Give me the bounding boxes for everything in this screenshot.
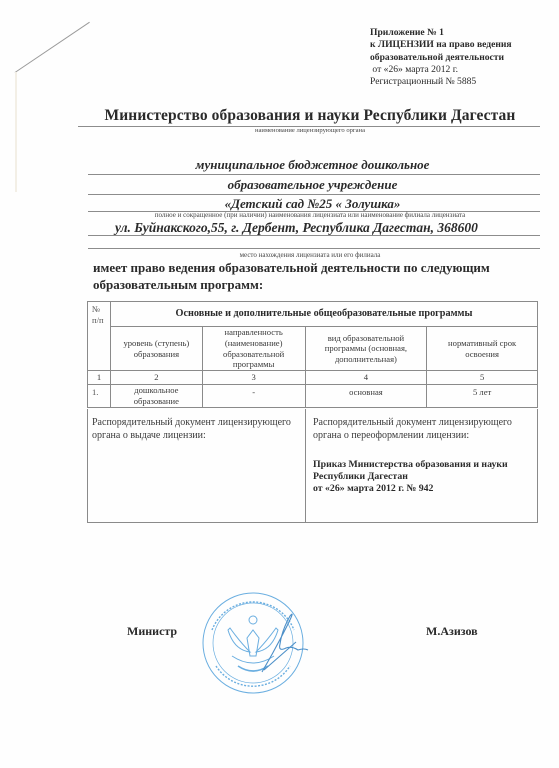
header-type: вид образовательной программы (основная,… (305, 327, 427, 371)
table-row: 1. дошкольное образование - основная 5 л… (88, 385, 538, 408)
row-level: дошкольное образование (110, 385, 202, 408)
scan-artifact-line (15, 22, 90, 73)
licensee-name-line-3: «Детский сад №25 « Золушка» (100, 196, 525, 212)
appendix-title: Приложение № 1 (370, 27, 512, 39)
issue-document-label: Распорядительный документ лицензирующего… (92, 417, 297, 442)
signatory-title: Министр (127, 624, 177, 639)
rights-line-1: имеет право ведения образовательной деят… (93, 259, 490, 276)
col-num-4: 4 (305, 371, 427, 385)
appendix-header: Приложение № 1 к ЛИЦЕНЗИИ на право веден… (370, 27, 512, 88)
reissue-document-label: Распорядительный документ лицензирующего… (313, 417, 535, 442)
rule-address-1 (88, 235, 540, 236)
licensee-address: ул. Буйнакского,55, г. Дербент, Республи… (115, 220, 478, 236)
rule-address-2 (88, 248, 540, 249)
appendix-activity: образовательной деятельности (370, 52, 512, 64)
programs-table: № п/п Основные и дополнительные общеобра… (87, 301, 538, 408)
row-direction: - (202, 385, 305, 408)
licensing-body-name: Министерство образования и науки Республ… (100, 107, 520, 125)
documents-divider (305, 409, 306, 522)
col-num-3: 3 (202, 371, 305, 385)
row-number: 1. (88, 385, 111, 408)
address-caption: место нахождения лицензиата или его фили… (100, 251, 520, 259)
order-line-1: Приказ Министерства образования и науки (313, 459, 537, 471)
rule-name-1 (88, 174, 540, 175)
header-duration: нормативный срок освоения (427, 327, 538, 371)
row-type: основная (305, 385, 427, 408)
reissue-order: Приказ Министерства образования и науки … (313, 459, 537, 495)
col-num-1: 1 (88, 371, 111, 385)
licensee-name-caption: полное и сокращенное (при наличии) наиме… (80, 211, 540, 219)
header-main: Основные и дополнительные общеобразовате… (110, 302, 537, 327)
column-number-row: 1 2 3 4 5 (88, 371, 538, 385)
official-seal-icon (200, 590, 310, 700)
table-subheader-row: уровень (ступень) образования направленн… (88, 327, 538, 371)
order-line-2: Республики Дагестан (313, 471, 537, 483)
row-duration: 5 лет (427, 385, 538, 408)
header-direction: направленность (наименование) образовате… (202, 327, 305, 371)
header-level: уровень (ступень) образования (110, 327, 202, 371)
appendix-license-ref: к ЛИЦЕНЗИИ на право ведения (370, 39, 512, 51)
signatory-name: М.Азизов (426, 624, 478, 639)
appendix-date: от «26» марта 2012 г. (370, 64, 512, 76)
appendix-reg-number: Регистрационный № 5885 (370, 76, 512, 88)
table-header-row: № п/п Основные и дополнительные общеобра… (88, 302, 538, 327)
scan-artifact-edge (15, 72, 17, 192)
rule-name-2 (88, 194, 540, 195)
licensing-body-caption: наименование лицензирующего органа (100, 127, 520, 134)
col-num-2: 2 (110, 371, 202, 385)
header-row-number: № п/п (88, 302, 111, 371)
col-num-5: 5 (427, 371, 538, 385)
documents-section: Распорядительный документ лицензирующего… (87, 409, 538, 523)
licensee-name-line-1: муниципальное бюджетное дошкольное (100, 157, 525, 173)
rights-statement: имеет право ведения образовательной деят… (93, 259, 490, 293)
order-line-3: от «26» марта 2012 г. № 942 (313, 483, 537, 495)
rights-line-2: образовательным программ: (93, 276, 490, 293)
licensee-name-line-2: образовательное учреждение (100, 177, 525, 193)
